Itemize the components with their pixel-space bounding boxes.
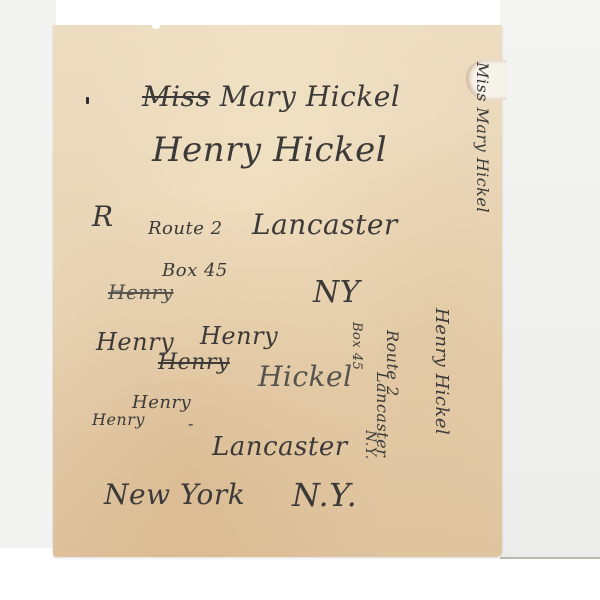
handwriting-new-york: New York [104, 478, 245, 511]
ink-mark [86, 97, 89, 104]
handwriting-box: Box 45 [162, 260, 228, 281]
handwriting-vertical-ny: N.Y. [362, 430, 378, 460]
paper-notch [152, 24, 160, 29]
struck-word: Miss [142, 80, 210, 113]
backdrop-card [500, 0, 600, 559]
handwriting-r: R [92, 200, 114, 233]
handwriting-henry-5: Henry [92, 410, 145, 429]
handwriting-route: Route 2 [148, 218, 223, 239]
handwriting-dash: - [188, 414, 194, 433]
handwriting-vertical-miss-mary-hickel: Miss Mary Hickel [473, 62, 492, 213]
handwriting-hickel-2: Hickel [258, 360, 353, 393]
handwriting-vertical-box: Box 45 [349, 322, 364, 370]
handwriting-ny-1: NY [313, 275, 360, 310]
backdrop-left [0, 0, 56, 548]
handwriting-vertical-henry-hickel: Henry Hickel [431, 308, 452, 435]
handwriting-lancaster-2: Lancaster [212, 432, 348, 462]
handwriting-line-henry-hickel: Henry Hickel [152, 130, 387, 170]
handwriting-ny-2: N.Y. [292, 476, 357, 514]
handwriting-henry-3: Henry [200, 322, 278, 350]
handwriting-line-miss-mary-hickel: Miss Mary Hickel [142, 80, 400, 113]
handwriting-struck-henry-2: Henry [158, 350, 230, 375]
handwriting-struck-henry-1: Henry [108, 280, 174, 304]
name-text: Mary Hickel [220, 80, 401, 113]
handwriting-lancaster-1: Lancaster [252, 208, 398, 241]
